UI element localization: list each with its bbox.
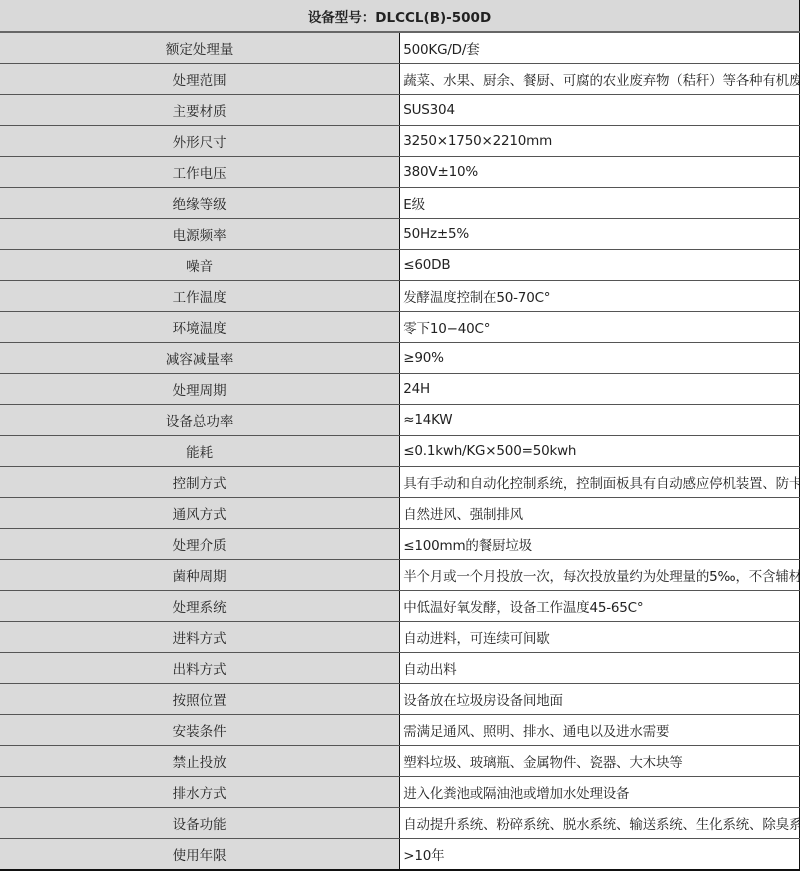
spec-label: 设备总功率: [0, 405, 400, 436]
table-row: 设备功能自动提升系统、粉碎系统、脱水系统、输送系统、生化系统、除臭系统: [0, 808, 800, 839]
table-row: 进料方式自动进料，可连续可间歇: [0, 622, 800, 653]
spec-value: 发酵温度控制在50-70C°: [400, 281, 800, 312]
table-row: 额定处理量500KG/D/套: [0, 32, 800, 64]
spec-value: ≤100mm的餐厨垃圾: [400, 529, 800, 560]
spec-label: 绝缘等级: [0, 188, 400, 219]
spec-label: 菌种周期: [0, 560, 400, 591]
spec-label: 噪音: [0, 250, 400, 281]
spec-value: 自然进风、强制排风: [400, 498, 800, 529]
spec-value: ≤0.1kwh/KG×500=50kwh: [400, 436, 800, 467]
spec-table: 设备型号：DLCCL(B)-500D 额定处理量500KG/D/套处理范围蔬菜、…: [0, 0, 800, 871]
spec-value: 50Hz±5%: [400, 219, 800, 250]
table-row: 能耗≤0.1kwh/KG×500=50kwh: [0, 436, 800, 467]
spec-value: ≥90%: [400, 343, 800, 374]
spec-label: 工作电压: [0, 157, 400, 188]
table-row: 使用年限>10年: [0, 839, 800, 871]
spec-label: 进料方式: [0, 622, 400, 653]
table-row: 噪音≤60DB: [0, 250, 800, 281]
spec-value: 具有手动和自动化控制系统，控制面板具有自动感应停机装置、防卡死功能、故障报警: [400, 467, 800, 498]
table-row: 安装条件需满足通风、照明、排水、通电以及进水需要: [0, 715, 800, 746]
spec-label: 禁止投放: [0, 746, 400, 777]
spec-label: 能耗: [0, 436, 400, 467]
spec-label: 通风方式: [0, 498, 400, 529]
table-row: 减容减量率≥90%: [0, 343, 800, 374]
table-row: 主要材质SUS304: [0, 95, 800, 126]
spec-label: 安装条件: [0, 715, 400, 746]
table-row: 绝缘等级E级: [0, 188, 800, 219]
table-header-row: 设备型号：DLCCL(B)-500D: [0, 0, 800, 32]
table-row: 出料方式自动出料: [0, 653, 800, 684]
spec-label: 处理范围: [0, 64, 400, 95]
table-row: 设备总功率≈14KW: [0, 405, 800, 436]
spec-label: 设备功能: [0, 808, 400, 839]
table-row: 禁止投放塑料垃圾、玻璃瓶、金属物件、瓷器、大木块等: [0, 746, 800, 777]
table-row: 工作温度发酵温度控制在50-70C°: [0, 281, 800, 312]
spec-value: 塑料垃圾、玻璃瓶、金属物件、瓷器、大木块等: [400, 746, 800, 777]
spec-value: 500KG/D/套: [400, 32, 800, 64]
spec-value: 中低温好氧发酵，设备工作温度45-65C°: [400, 591, 800, 622]
spec-value: ≤60DB: [400, 250, 800, 281]
spec-label: 处理介质: [0, 529, 400, 560]
spec-value: 自动出料: [400, 653, 800, 684]
spec-label: 电源频率: [0, 219, 400, 250]
spec-label: 使用年限: [0, 839, 400, 871]
spec-label: 减容减量率: [0, 343, 400, 374]
spec-label: 工作温度: [0, 281, 400, 312]
spec-label: 排水方式: [0, 777, 400, 808]
spec-value: ≈14KW: [400, 405, 800, 436]
spec-label: 出料方式: [0, 653, 400, 684]
spec-value: 3250×1750×2210mm: [400, 126, 800, 157]
spec-label: 额定处理量: [0, 32, 400, 64]
spec-value: 自动提升系统、粉碎系统、脱水系统、输送系统、生化系统、除臭系统: [400, 808, 800, 839]
table-row: 菌种周期半个月或一个月投放一次，每次投放量约为处理量的5‰，不含辅材（木屑、麦麸…: [0, 560, 800, 591]
spec-value: 零下10−40C°: [400, 312, 800, 343]
spec-label: 处理周期: [0, 374, 400, 405]
spec-value: E级: [400, 188, 800, 219]
table-row: 环境温度零下10−40C°: [0, 312, 800, 343]
table-row: 通风方式自然进风、强制排风: [0, 498, 800, 529]
spec-value: 进入化粪池或隔油池或增加水处理设备: [400, 777, 800, 808]
spec-value: SUS304: [400, 95, 800, 126]
spec-label: 外形尺寸: [0, 126, 400, 157]
table-row: 处理范围蔬菜、水果、厨余、餐厨、可腐的农业废弃物（秸秆）等各种有机废弃物的混合物…: [0, 64, 800, 95]
spec-value: 半个月或一个月投放一次，每次投放量约为处理量的5‰，不含辅材（木屑、麦麸、稻糠）: [400, 560, 800, 591]
table-row: 处理周期24H: [0, 374, 800, 405]
spec-value: 蔬菜、水果、厨余、餐厨、可腐的农业废弃物（秸秆）等各种有机废弃物的混合物（含泔脚…: [400, 64, 800, 95]
table-row: 排水方式进入化粪池或隔油池或增加水处理设备: [0, 777, 800, 808]
table-row: 处理介质≤100mm的餐厨垃圾: [0, 529, 800, 560]
spec-value: 自动进料，可连续可间歇: [400, 622, 800, 653]
spec-label: 按照位置: [0, 684, 400, 715]
table-body: 额定处理量500KG/D/套处理范围蔬菜、水果、厨余、餐厨、可腐的农业废弃物（秸…: [0, 32, 800, 870]
table-row: 控制方式具有手动和自动化控制系统，控制面板具有自动感应停机装置、防卡死功能、故障…: [0, 467, 800, 498]
table-row: 工作电压380V±10%: [0, 157, 800, 188]
table-row: 按照位置设备放在垃圾房设备间地面: [0, 684, 800, 715]
table-row: 电源频率50Hz±5%: [0, 219, 800, 250]
spec-value: 设备放在垃圾房设备间地面: [400, 684, 800, 715]
spec-label: 主要材质: [0, 95, 400, 126]
spec-value: 24H: [400, 374, 800, 405]
spec-label: 环境温度: [0, 312, 400, 343]
spec-value: 需满足通风、照明、排水、通电以及进水需要: [400, 715, 800, 746]
spec-label: 控制方式: [0, 467, 400, 498]
table-row: 外形尺寸3250×1750×2210mm: [0, 126, 800, 157]
table-title: 设备型号：DLCCL(B)-500D: [0, 0, 800, 32]
spec-label: 处理系统: [0, 591, 400, 622]
table-row: 处理系统中低温好氧发酵，设备工作温度45-65C°: [0, 591, 800, 622]
spec-value: 380V±10%: [400, 157, 800, 188]
spec-value: >10年: [400, 839, 800, 871]
